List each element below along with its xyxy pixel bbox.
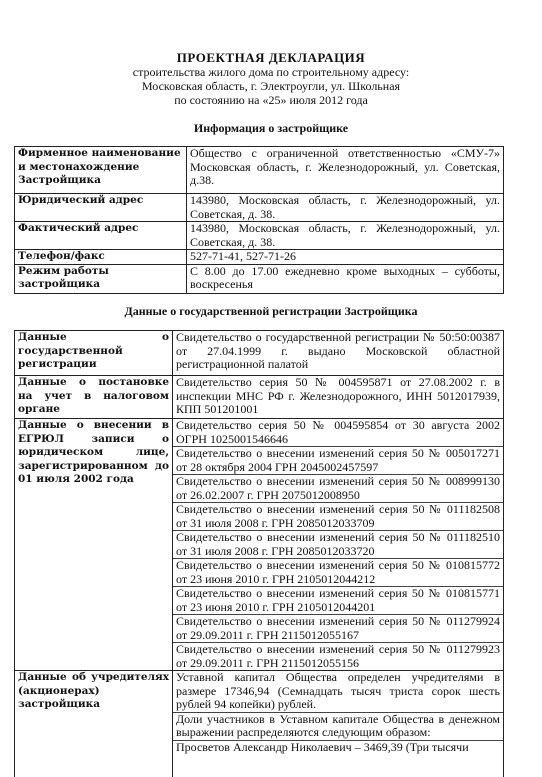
certificate-entry: Свидетельство о внесении изменений серия… bbox=[173, 502, 503, 530]
row-value: 143980, Московская область, г. Железнодо… bbox=[187, 222, 504, 250]
certificate-entry: Свидетельство о внесении изменений серия… bbox=[173, 474, 503, 502]
row-label: Данные о государственной регистрации bbox=[15, 331, 173, 376]
row-label: Юридический адрес bbox=[15, 194, 187, 222]
row-label: Телефон/факс bbox=[15, 250, 187, 265]
document-page: ПРОЕКТНАЯ ДЕКЛАРАЦИЯ строительства жилог… bbox=[0, 0, 542, 777]
table-row: Юридический адрес 143980, Московская обл… bbox=[15, 194, 504, 222]
developer-info-heading: Информация о застройщике bbox=[0, 121, 542, 136]
developer-info-table: Фирменное наименование и местонахождение… bbox=[14, 146, 504, 294]
registration-info-table: Данные о государственной регистрации Сви… bbox=[14, 330, 504, 777]
row-value: Свидетельство о государственной регистра… bbox=[173, 331, 504, 376]
row-value: С 8.00 до 17.00 ежедневно кроме выходных… bbox=[187, 264, 504, 293]
document-subtitle-line-3: по состоянию на «25» июля 2012 года bbox=[0, 93, 542, 107]
table-row: Данные об учредителях (акционерах) застр… bbox=[15, 671, 504, 777]
document-title: ПРОЕКТНАЯ ДЕКЛАРАЦИЯ bbox=[0, 50, 542, 66]
certificate-entry: Свидетельство серия 50 № 004595854 от 30… bbox=[173, 419, 503, 446]
row-label: Данные о внесении в ЕГРЮЛ записи о юриди… bbox=[15, 419, 173, 671]
row-label: Режим работы застройщика bbox=[15, 264, 187, 293]
certificate-entry: Свидетельство о внесении изменений серия… bbox=[173, 586, 503, 614]
row-label: Фактический адрес bbox=[15, 222, 187, 250]
row-value: Уставной капитал Общества определен учре… bbox=[173, 671, 504, 777]
document-subtitle-line-2: Московская область, г. Электроугли, ул. … bbox=[0, 79, 542, 93]
certificate-entry: Свидетельство о внесении изменений серия… bbox=[173, 642, 503, 670]
table-row: Данные о постановке на учет в налоговом … bbox=[15, 376, 504, 419]
table-row: Данные о внесении в ЕГРЮЛ записи о юриди… bbox=[15, 419, 504, 671]
document-subtitle-line-1: строительства жилого дома по строительно… bbox=[0, 65, 542, 79]
table-row: Режим работы застройщика С 8.00 до 17.00… bbox=[15, 264, 504, 293]
certificate-entry: Свидетельство о внесении изменений серия… bbox=[173, 614, 503, 642]
certificate-entry: Свидетельство о внесении изменений серия… bbox=[173, 530, 503, 558]
row-label: Фирменное наименование и местонахождение… bbox=[15, 147, 187, 194]
registration-info-heading: Данные о государственной регистрации Зас… bbox=[0, 304, 542, 319]
capital-entry: Уставной капитал Общества определен учре… bbox=[173, 671, 503, 712]
certificate-entry: Свидетельство о внесении изменений серия… bbox=[173, 446, 503, 474]
row-value: Свидетельство серия 50 № 004595871 от 27… bbox=[173, 376, 504, 419]
row-label: Данные об учредителях (акционерах) застр… bbox=[15, 671, 173, 777]
table-row: Данные о государственной регистрации Сви… bbox=[15, 331, 504, 376]
row-label: Данные о постановке на учет в налоговом … bbox=[15, 376, 173, 419]
row-value: 527-71-41, 527-71-26 bbox=[187, 250, 504, 265]
entry: Свидетельство о государственной регистра… bbox=[173, 331, 503, 372]
table-row: Фирменное наименование и местонахождение… bbox=[15, 147, 504, 194]
row-value: Общество с ограниченной ответственностью… bbox=[187, 147, 504, 194]
table-row: Фактический адрес 143980, Московская обл… bbox=[15, 222, 504, 250]
row-value: 143980, Московская область, г. Железнодо… bbox=[187, 194, 504, 222]
certificate-entry: Свидетельство о внесении изменений серия… bbox=[173, 558, 503, 586]
table-row: Телефон/факс 527-71-41, 527-71-26 bbox=[15, 250, 504, 265]
shares-entry: Доли участников в Уставном капитале Обще… bbox=[173, 712, 503, 740]
entry: Свидетельство серия 50 № 004595871 от 27… bbox=[173, 376, 503, 417]
row-value: Свидетельство серия 50 № 004595854 от 30… bbox=[173, 419, 504, 671]
participant-entry: Просветов Александр Николаевич – 3469,39… bbox=[173, 740, 503, 755]
